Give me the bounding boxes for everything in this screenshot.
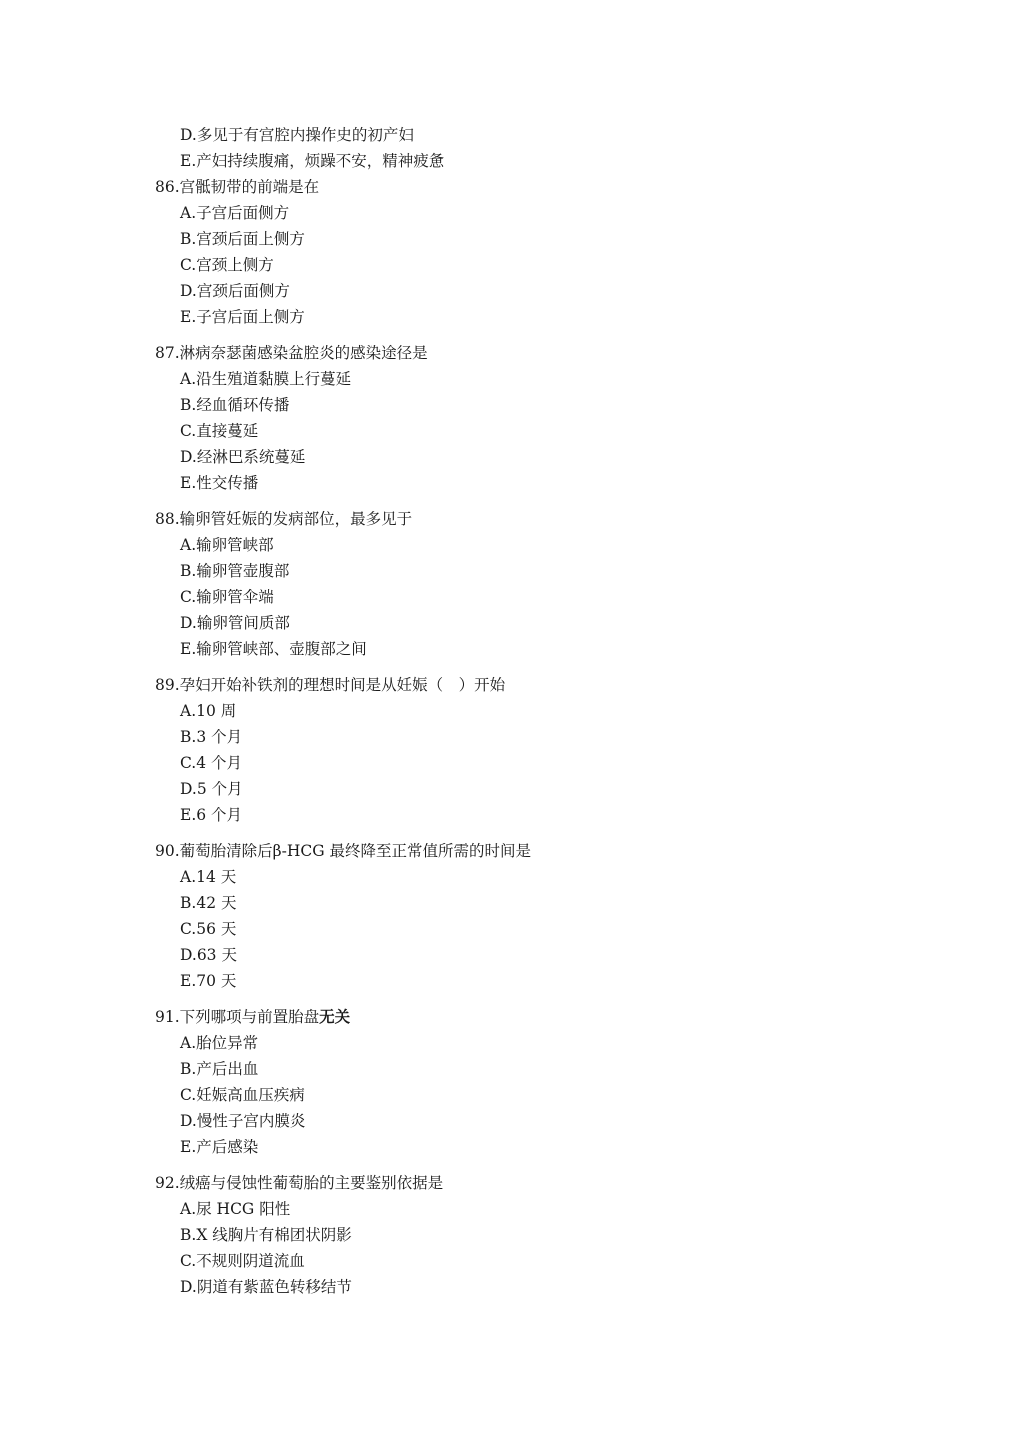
option-text: 输卵管峡部、壶腹部之间 xyxy=(196,640,367,658)
question-stem: 87.淋病奈瑟菌感染盆腔炎的感染途径是 xyxy=(155,340,915,366)
option-label: C. xyxy=(180,754,196,772)
option-label: C. xyxy=(180,920,196,938)
option-text: 56 天 xyxy=(196,920,236,938)
option-label: B. xyxy=(180,1060,196,1078)
question-number: 92. xyxy=(155,1174,180,1192)
option-line: D.宫颈后面侧方 xyxy=(155,278,915,304)
option-text: 输卵管峡部 xyxy=(196,536,274,554)
option-text: 输卵管伞端 xyxy=(196,588,274,606)
option-text: 多见于有宫腔内操作史的初产妇 xyxy=(197,126,414,144)
option-line: D.慢性子宫内膜炎 xyxy=(155,1108,915,1134)
question-89: 89.孕妇开始补铁剂的理想时间是从妊娠（ ）开始A.10 周B.3 个月C.4 … xyxy=(155,672,915,828)
option-text: 63 天 xyxy=(197,946,237,964)
question-number: 89. xyxy=(155,676,180,694)
option-line: D.输卵管间质部 xyxy=(155,610,915,636)
option-line: A.输卵管峡部 xyxy=(155,532,915,558)
option-line: A.沿生殖道黏膜上行蔓延 xyxy=(155,366,915,392)
option-label: D. xyxy=(180,1112,197,1130)
option-text: 性交传播 xyxy=(196,474,258,492)
question-86: 86.宫骶韧带的前端是在A.子宫后面侧方B.宫颈后面上侧方C.宫颈上侧方D.宫颈… xyxy=(155,174,915,330)
option-text: 胎位异常 xyxy=(196,1034,258,1052)
question-emphasis: 无关 xyxy=(319,1007,350,1026)
option-line: C.输卵管伞端 xyxy=(155,584,915,610)
option-label: A. xyxy=(180,702,196,720)
option-line: A.尿 HCG 阳性 xyxy=(155,1196,915,1222)
question-text: 淋病奈瑟菌感染盆腔炎的感染途径是 xyxy=(180,344,428,362)
document-page: D.多见于有宫腔内操作史的初产妇 E.产妇持续腹痛，烦躁不安，精神疲惫 86.宫… xyxy=(155,122,915,1300)
option-label: E. xyxy=(180,806,196,824)
option-text: 输卵管壶腹部 xyxy=(196,562,289,580)
option-label: C. xyxy=(180,588,196,606)
option-label: D. xyxy=(180,946,197,964)
option-line: D.多见于有宫腔内操作史的初产妇 xyxy=(155,122,915,148)
option-text: 5 个月 xyxy=(197,780,243,798)
option-label: E. xyxy=(180,640,196,658)
option-text: 4 个月 xyxy=(196,754,242,772)
option-text: 不规则阴道流血 xyxy=(196,1252,305,1270)
option-label: C. xyxy=(180,1086,196,1104)
option-label: D. xyxy=(180,448,197,466)
question-number: 87. xyxy=(155,344,180,362)
option-line: C.56 天 xyxy=(155,916,915,942)
question-91: 91.下列哪项与前置胎盘无关A.胎位异常B.产后出血C.妊娠高血压疾病D.慢性子… xyxy=(155,1004,915,1160)
question-stem: 92.绒癌与侵蚀性葡萄胎的主要鉴别依据是 xyxy=(155,1170,915,1196)
option-line: D.经淋巴系统蔓延 xyxy=(155,444,915,470)
question-number: 86. xyxy=(155,178,180,196)
option-line: A.胎位异常 xyxy=(155,1030,915,1056)
question-list: 86.宫骶韧带的前端是在A.子宫后面侧方B.宫颈后面上侧方C.宫颈上侧方D.宫颈… xyxy=(155,174,915,1300)
option-line: C.直接蔓延 xyxy=(155,418,915,444)
option-line: A.10 周 xyxy=(155,698,915,724)
option-line: E.70 天 xyxy=(155,968,915,994)
option-text: 14 天 xyxy=(196,868,236,886)
question-text: 宫骶韧带的前端是在 xyxy=(180,178,320,196)
option-text: 慢性子宫内膜炎 xyxy=(197,1112,306,1130)
option-label: D. xyxy=(180,1278,197,1296)
question-number: 91. xyxy=(155,1008,180,1026)
option-line: B.3 个月 xyxy=(155,724,915,750)
option-label: A. xyxy=(180,868,196,886)
option-line: E.6 个月 xyxy=(155,802,915,828)
option-text: 子宫后面侧方 xyxy=(196,204,289,222)
option-text: 42 天 xyxy=(196,894,236,912)
option-label: A. xyxy=(180,536,196,554)
option-label: B. xyxy=(180,1226,196,1244)
question-carryover: D.多见于有宫腔内操作史的初产妇 E.产妇持续腹痛，烦躁不安，精神疲惫 xyxy=(155,122,915,174)
option-label: C. xyxy=(180,1252,196,1270)
option-line: B.X 线胸片有棉团状阴影 xyxy=(155,1222,915,1248)
option-label: C. xyxy=(180,256,196,274)
option-text: 经淋巴系统蔓延 xyxy=(197,448,306,466)
option-text: 阴道有紫蓝色转移结节 xyxy=(197,1278,352,1296)
option-line: E.子宫后面上侧方 xyxy=(155,304,915,330)
option-label: D. xyxy=(180,780,197,798)
option-label: A. xyxy=(180,1200,196,1218)
option-line: B.产后出血 xyxy=(155,1056,915,1082)
option-label: D. xyxy=(180,126,197,144)
option-text: 10 周 xyxy=(196,702,236,720)
option-text: 产后出血 xyxy=(196,1060,258,1078)
question-stem: 90.葡萄胎清除后β-HCG 最终降至正常值所需的时间是 xyxy=(155,838,915,864)
option-text: 宫颈后面侧方 xyxy=(197,282,290,300)
option-label: E. xyxy=(180,152,196,170)
option-text: 输卵管间质部 xyxy=(197,614,290,632)
question-number: 90. xyxy=(155,842,180,860)
option-label: B. xyxy=(180,728,196,746)
option-text: 6 个月 xyxy=(196,806,242,824)
question-stem: 88.输卵管妊娠的发病部位，最多见于 xyxy=(155,506,915,532)
option-line: E.产后感染 xyxy=(155,1134,915,1160)
question-number: 88. xyxy=(155,510,180,528)
question-text: 葡萄胎清除后β-HCG 最终降至正常值所需的时间是 xyxy=(180,842,531,860)
option-label: B. xyxy=(180,396,196,414)
option-label: E. xyxy=(180,972,196,990)
option-label: E. xyxy=(180,308,196,326)
option-line: E.输卵管峡部、壶腹部之间 xyxy=(155,636,915,662)
question-text: 输卵管妊娠的发病部位，最多见于 xyxy=(180,510,413,528)
option-line: E.产妇持续腹痛，烦躁不安，精神疲惫 xyxy=(155,148,915,174)
option-text: 妊娠高血压疾病 xyxy=(196,1086,305,1104)
option-line: E.性交传播 xyxy=(155,470,915,496)
option-line: A.子宫后面侧方 xyxy=(155,200,915,226)
option-label: A. xyxy=(180,1034,196,1052)
question-stem: 91.下列哪项与前置胎盘无关 xyxy=(155,1004,915,1030)
option-line: A.14 天 xyxy=(155,864,915,890)
option-label: B. xyxy=(180,230,196,248)
question-stem: 86.宫骶韧带的前端是在 xyxy=(155,174,915,200)
option-line: B.42 天 xyxy=(155,890,915,916)
option-text: 子宫后面上侧方 xyxy=(196,308,305,326)
option-line: D.5 个月 xyxy=(155,776,915,802)
option-text: 70 天 xyxy=(196,972,236,990)
option-label: C. xyxy=(180,422,196,440)
question-text: 绒癌与侵蚀性葡萄胎的主要鉴别依据是 xyxy=(180,1174,444,1192)
option-text: 经血循环传播 xyxy=(196,396,289,414)
option-line: B.宫颈后面上侧方 xyxy=(155,226,915,252)
option-text: 产妇持续腹痛，烦躁不安，精神疲惫 xyxy=(196,152,444,170)
option-line: C.不规则阴道流血 xyxy=(155,1248,915,1274)
question-text: 孕妇开始补铁剂的理想时间是从妊娠（ ）开始 xyxy=(180,676,506,694)
option-line: D.63 天 xyxy=(155,942,915,968)
option-text: 产后感染 xyxy=(196,1138,258,1156)
question-stem: 89.孕妇开始补铁剂的理想时间是从妊娠（ ）开始 xyxy=(155,672,915,698)
option-text: 3 个月 xyxy=(196,728,242,746)
question-90: 90.葡萄胎清除后β-HCG 最终降至正常值所需的时间是A.14 天B.42 天… xyxy=(155,838,915,994)
question-87: 87.淋病奈瑟菌感染盆腔炎的感染途径是A.沿生殖道黏膜上行蔓延B.经血循环传播C… xyxy=(155,340,915,496)
option-label: E. xyxy=(180,1138,196,1156)
option-line: B.经血循环传播 xyxy=(155,392,915,418)
option-line: C.宫颈上侧方 xyxy=(155,252,915,278)
option-text: 宫颈后面上侧方 xyxy=(196,230,305,248)
option-label: E. xyxy=(180,474,196,492)
question-92: 92.绒癌与侵蚀性葡萄胎的主要鉴别依据是A.尿 HCG 阳性B.X 线胸片有棉团… xyxy=(155,1170,915,1300)
option-line: C.妊娠高血压疾病 xyxy=(155,1082,915,1108)
option-line: B.输卵管壶腹部 xyxy=(155,558,915,584)
option-text: X 线胸片有棉团状阴影 xyxy=(196,1226,351,1244)
question-88: 88.输卵管妊娠的发病部位，最多见于A.输卵管峡部B.输卵管壶腹部C.输卵管伞端… xyxy=(155,506,915,662)
option-line: D.阴道有紫蓝色转移结节 xyxy=(155,1274,915,1300)
option-text: 尿 HCG 阳性 xyxy=(196,1200,290,1218)
option-label: B. xyxy=(180,894,196,912)
question-text: 下列哪项与前置胎盘 xyxy=(180,1008,320,1026)
option-text: 宫颈上侧方 xyxy=(196,256,274,274)
option-text: 直接蔓延 xyxy=(196,422,258,440)
option-label: D. xyxy=(180,282,197,300)
option-line: C.4 个月 xyxy=(155,750,915,776)
option-label: A. xyxy=(180,370,196,388)
option-label: D. xyxy=(180,614,197,632)
option-label: A. xyxy=(180,204,196,222)
option-text: 沿生殖道黏膜上行蔓延 xyxy=(196,370,351,388)
option-label: B. xyxy=(180,562,196,580)
